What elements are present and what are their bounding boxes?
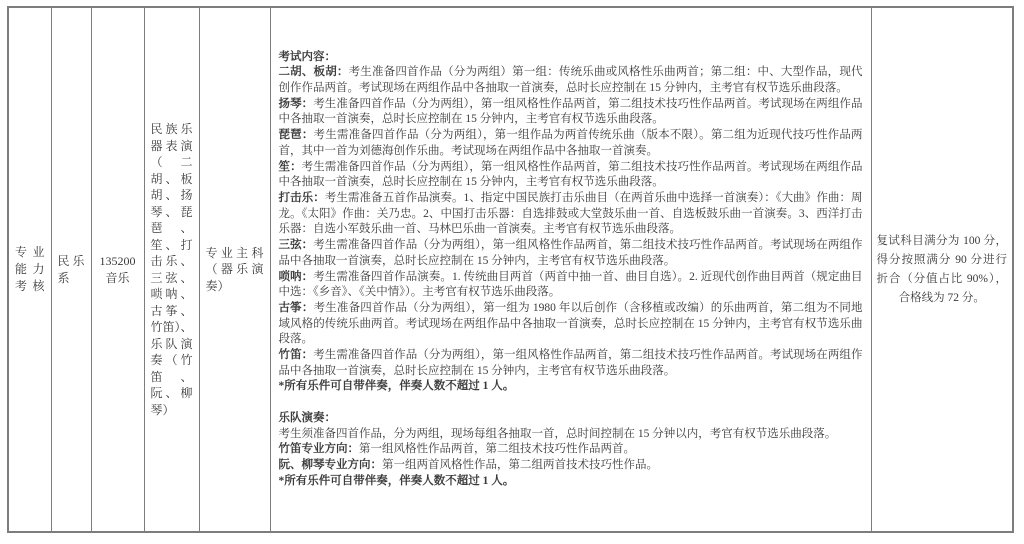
cell-exam-content: 考试内容： 二胡、板胡：考生准备四首作品（分为两组）第一组：传统乐曲或风格性乐曲… <box>270 7 871 532</box>
exam-item-zhudi: 竹笛：考生需准备四首作品（分为两组），第一组风格性作品两首，第二组技术技巧性作品… <box>279 348 863 379</box>
exam-item-pipa: 琵琶：考生需准备四首作品（分为两组），第一组作品为两首传统乐曲（版本不限）。第二… <box>279 128 863 159</box>
cell-major-direction: 民族乐器表演（二胡、板胡、扬琴、琵琶、笙、打击乐、三弦、唢呐、古筝、竹笛）、乐队… <box>144 7 199 532</box>
cell-assessment-category: 专业能力考核 <box>8 7 51 532</box>
exam-item-erhu-banhu: 二胡、板胡：考生准备四首作品（分为两组）第一组：传统乐曲或风格性乐曲两首；第二组… <box>279 65 863 96</box>
exam-item-suona: 唢呐：考生需准备四首作品演奏。1. 传统曲目两首（两首中抽一首、曲目自选）。2.… <box>279 270 863 301</box>
ensemble-item-ruan-liuqin: 阮、柳琴专业方向：第一组两首风格性作品，第二组两首技术技巧性作品。 <box>279 458 863 474</box>
exam-item-guzheng: 古筝：考生准备四首作品（分为两组），第一组为 1980 年以后创作（含移植或改编… <box>279 301 863 348</box>
department-text: 民乐系 <box>58 254 85 285</box>
exam-content-heading: 考试内容： <box>279 50 863 66</box>
exam-item-percussion: 打击乐：考生需准备五首作品演奏。1、指定中国民族打击乐曲目（在两首乐曲中选择一首… <box>279 191 863 238</box>
major-code-text: 135200 音乐 <box>100 254 136 285</box>
ensemble-intro: 考生须准备四首作品，分为两组，现场每组各抽取一首，总时间控制在 15 分钟以内，… <box>279 427 863 443</box>
exam-item-sheng: 笙：考生需准备四首作品（分为两组），第一组风格性作品两首，第二组技术技巧性作品两… <box>279 160 863 191</box>
exam-subject-text: 专业主科（器乐演奏） <box>206 246 264 293</box>
ensemble-item-zhudi: 竹笛专业方向：第一组风格性作品两首，第二组技术技巧性作品两首。 <box>279 442 863 458</box>
ensemble-heading: 乐队演奏： <box>279 411 863 427</box>
scoring-rule-text: 复试科目满分为 100 分，得分按照满分 90 分进行折合（分值占比 90%），… <box>877 235 1008 304</box>
cell-exam-subject: 专业主科（器乐演奏） <box>199 7 270 532</box>
table-row: 专业能力考核 民乐系 135200 音乐 民族乐器表演（二胡、板胡、扬琴、琵琶、… <box>8 7 1013 532</box>
ensemble-accompaniment-note: *所有乐件可自带伴奏，伴奏人数不超过 1 人。 <box>279 474 863 490</box>
cell-major-code: 135200 音乐 <box>91 7 144 532</box>
assessment-category-text: 专业能力考核 <box>15 245 45 293</box>
major-direction-text: 民族乐器表演（二胡、板胡、扬琴、琵琶、笙、打击乐、三弦、唢呐、古筝、竹笛）、乐队… <box>151 122 193 417</box>
cell-department: 民乐系 <box>51 7 91 532</box>
cell-scoring-rule: 复试科目满分为 100 分，得分按照满分 90 分进行折合（分值占比 90%），… <box>871 7 1013 532</box>
exam-item-yangqin: 扬琴：考生准备四首作品（分为两组），第一组风格性作品两首，第二组技术技巧性作品两… <box>279 97 863 128</box>
exam-item-sanxian: 三弦：考生需准备四首作品（分为两组），第一组风格性作品两首，第二组技术技巧性作品… <box>279 238 863 269</box>
accompaniment-note: *所有乐件可自带伴奏，伴奏人数不超过 1 人。 <box>279 379 863 395</box>
exam-requirements-table: 专业能力考核 民乐系 135200 音乐 民族乐器表演（二胡、板胡、扬琴、琵琶、… <box>7 6 1014 533</box>
